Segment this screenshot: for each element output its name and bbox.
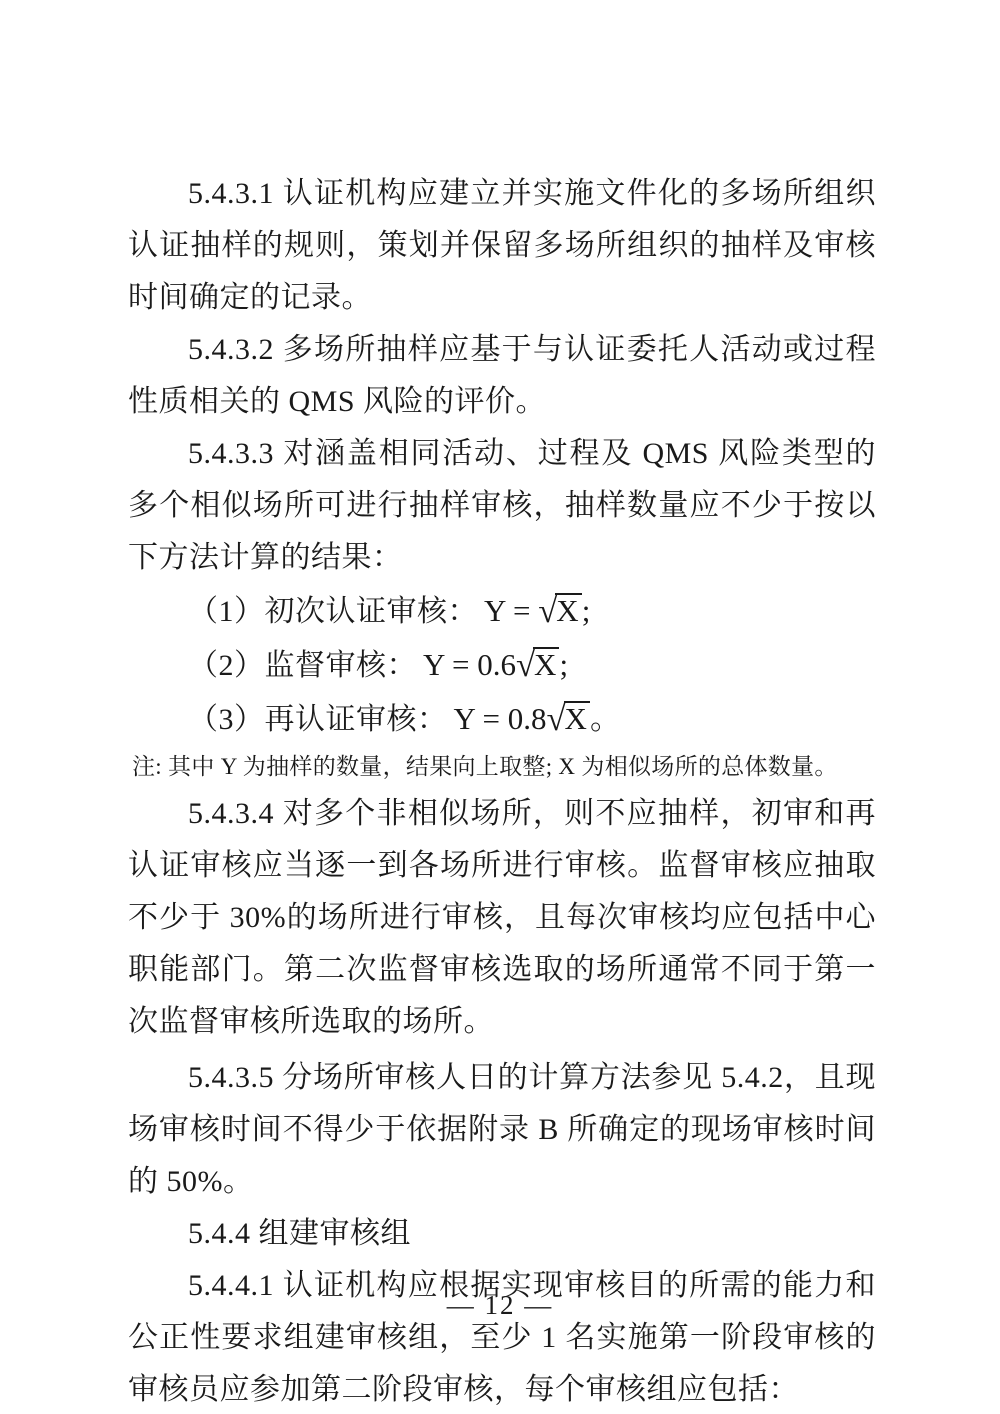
- paragraph-5-4-3-5: 5.4.3.5 分场所审核人日的计算方法参见 5.4.2，且现场审核时间不得少于…: [128, 1052, 876, 1208]
- formula-expression: Y = 0.6√X;: [423, 647, 568, 682]
- formula-surveillance-audit: （2）监督审核：Y = 0.6√X;: [128, 638, 876, 692]
- formula-radicand: X: [533, 647, 559, 682]
- formula-coefficient: 0.6: [477, 647, 516, 682]
- formula-lhs: Y =: [423, 647, 477, 682]
- square-root-icon: √: [546, 693, 565, 745]
- paragraph-5-4-3-3: 5.4.3.3 对涵盖相同活动、过程及 QMS 风险类型的多个相似场所可进行抽样…: [128, 428, 876, 584]
- formula-recertification-audit: （3）再认证审核：Y = 0.8√X。: [128, 692, 876, 746]
- paragraph-5-4-3-1: 5.4.3.1 认证机构应建立并实施文件化的多场所组织认证抽样的规则，策划并保留…: [128, 168, 876, 324]
- formula-label: （3）再认证审核：: [188, 703, 448, 736]
- formula-lhs: Y =: [454, 701, 508, 736]
- square-root-icon: √: [538, 585, 557, 637]
- document-page: 5.4.3.1 认证机构应建立并实施文件化的多场所组织认证抽样的规则，策划并保留…: [0, 0, 1000, 1414]
- paragraph-5-4-3-4: 5.4.3.4 对多个非相似场所，则不应抽样，初审和再认证审核应当逐一到各场所进…: [128, 788, 876, 1048]
- page-number: — 12 —: [0, 1290, 1000, 1321]
- formula-label: （1）初次认证审核：: [188, 595, 478, 628]
- paragraph-5-4-4-1: 5.4.4.1 认证机构应根据实现审核目的所需的能力和公正性要求组建审核组，至少…: [128, 1260, 876, 1414]
- square-root-icon: √: [516, 639, 535, 691]
- formula-radicand: X: [555, 593, 581, 628]
- formula-label: （2）监督审核：: [188, 649, 417, 682]
- formula-suffix: ;: [559, 647, 568, 682]
- formula-radicand: X: [564, 701, 590, 736]
- formula-suffix: ;: [582, 593, 591, 628]
- formula-coefficient: 0.8: [508, 701, 547, 736]
- paragraph-5-4-3-2: 5.4.3.2 多场所抽样应基于与认证委托人活动或过程性质相关的 QMS 风险的…: [128, 324, 876, 428]
- formula-lhs: Y =: [484, 593, 538, 628]
- formula-expression: Y = √X;: [484, 593, 590, 628]
- formula-initial-certification-audit: （1）初次认证审核：Y = √X;: [128, 584, 876, 638]
- text-block: 5.4.3.1 认证机构应建立并实施文件化的多场所组织认证抽样的规则，策划并保留…: [128, 168, 876, 1414]
- note-line: 注: 其中 Y 为抽样的数量，结果向上取整; X 为相似场所的总体数量。: [128, 746, 876, 788]
- formula-suffix: 。: [590, 701, 621, 736]
- formula-expression: Y = 0.8√X。: [454, 701, 621, 736]
- heading-5-4-4: 5.4.4 组建审核组: [128, 1208, 876, 1260]
